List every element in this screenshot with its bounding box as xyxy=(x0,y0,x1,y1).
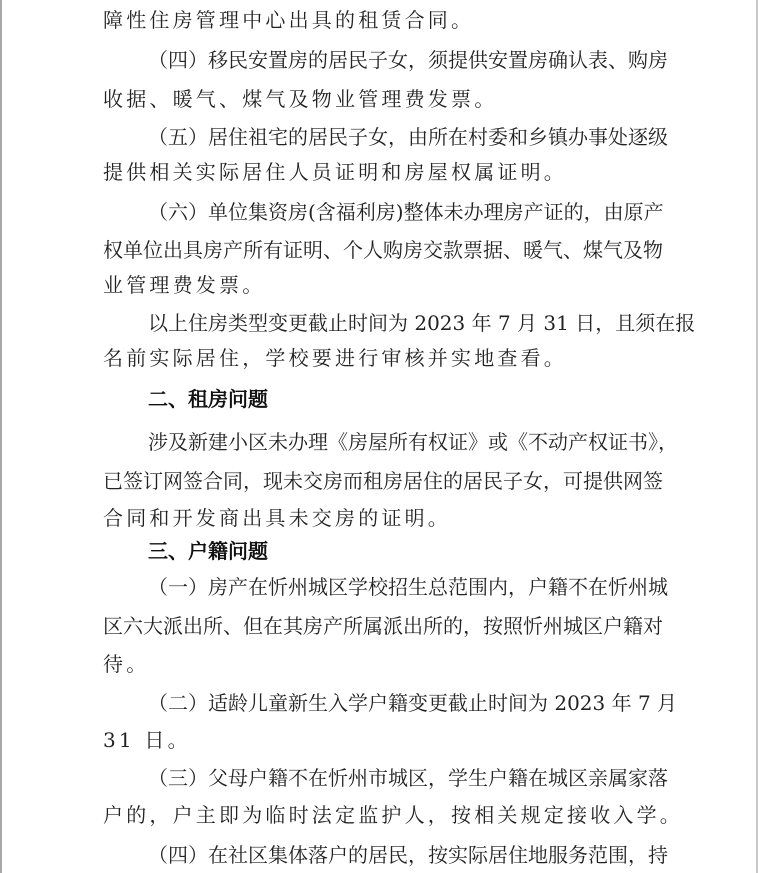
paragraph-first-line: （五）居住祖宅的居民子女，由所在村委和乡镇办事处逐级 xyxy=(148,122,663,152)
paragraph-first-line: （一）房产在忻州城区学校招生总范围内，户籍不在忻州城 xyxy=(148,572,663,602)
paragraph-line: 已签订网签合同，现未交房而租房居住的居民子女，可提供网签 xyxy=(103,466,663,496)
paragraph-line: 障性住房管理中心出具的租赁合同。 xyxy=(103,5,663,35)
paragraph-first-line: （三）父母户籍不在忻州市城区，学生户籍在城区亲属家落 xyxy=(148,763,663,793)
paragraph-first-line: （四）在社区集体落户的居民，按实际居住地服务范围，持 xyxy=(148,840,663,870)
paragraph-line: 户的，户主即为临时法定监护人，按相关规定接收入学。 xyxy=(103,800,663,830)
paragraph-first-line: （四）移民安置房的居民子女，须提供安置房确认表、购房 xyxy=(148,45,663,75)
paragraph-line: 区六大派出所、但在其房产所属派出所的，按照忻州城区户籍对 xyxy=(103,611,663,641)
paragraph-line: 权单位出具房产所有证明、个人购房交款票据、暖气、煤气及物 xyxy=(103,235,663,265)
paragraph-first-line: （六）单位集资房(含福利房)整体未办理房产证的，由原产 xyxy=(148,197,663,227)
paragraph-line: 业管理费发票。 xyxy=(103,270,663,300)
paragraph-line: 31 日。 xyxy=(103,725,663,755)
section-heading: 三、户籍问题 xyxy=(148,535,268,567)
paragraph-line: 收据、暖气、煤气及物业管理费发票。 xyxy=(103,84,663,114)
paragraph-line: 名前实际居住，学校要进行审核并实地查看。 xyxy=(103,343,663,373)
section-heading: 二、租房问题 xyxy=(148,383,268,415)
document-page: 障性住房管理中心出具的租赁合同。（四）移民安置房的居民子女，须提供安置房确认表、… xyxy=(0,0,758,873)
paragraph-first-line: 以上住房类型变更截止时间为 2023 年 7 月 31 日，且须在报 xyxy=(148,308,663,338)
paragraph-line: 合同和开发商出具未交房的证明。 xyxy=(103,503,663,533)
paragraph-line: 提供相关实际居住人员证明和房屋权属证明。 xyxy=(103,157,663,187)
paragraph-first-line: 涉及新建小区未办理《房屋所有权证》或《不动产权证书》， xyxy=(148,427,663,457)
paragraph-first-line: （二）适龄儿童新生入学户籍变更截止时间为 2023 年 7 月 xyxy=(148,688,663,718)
paragraph-line: 待。 xyxy=(103,649,663,679)
